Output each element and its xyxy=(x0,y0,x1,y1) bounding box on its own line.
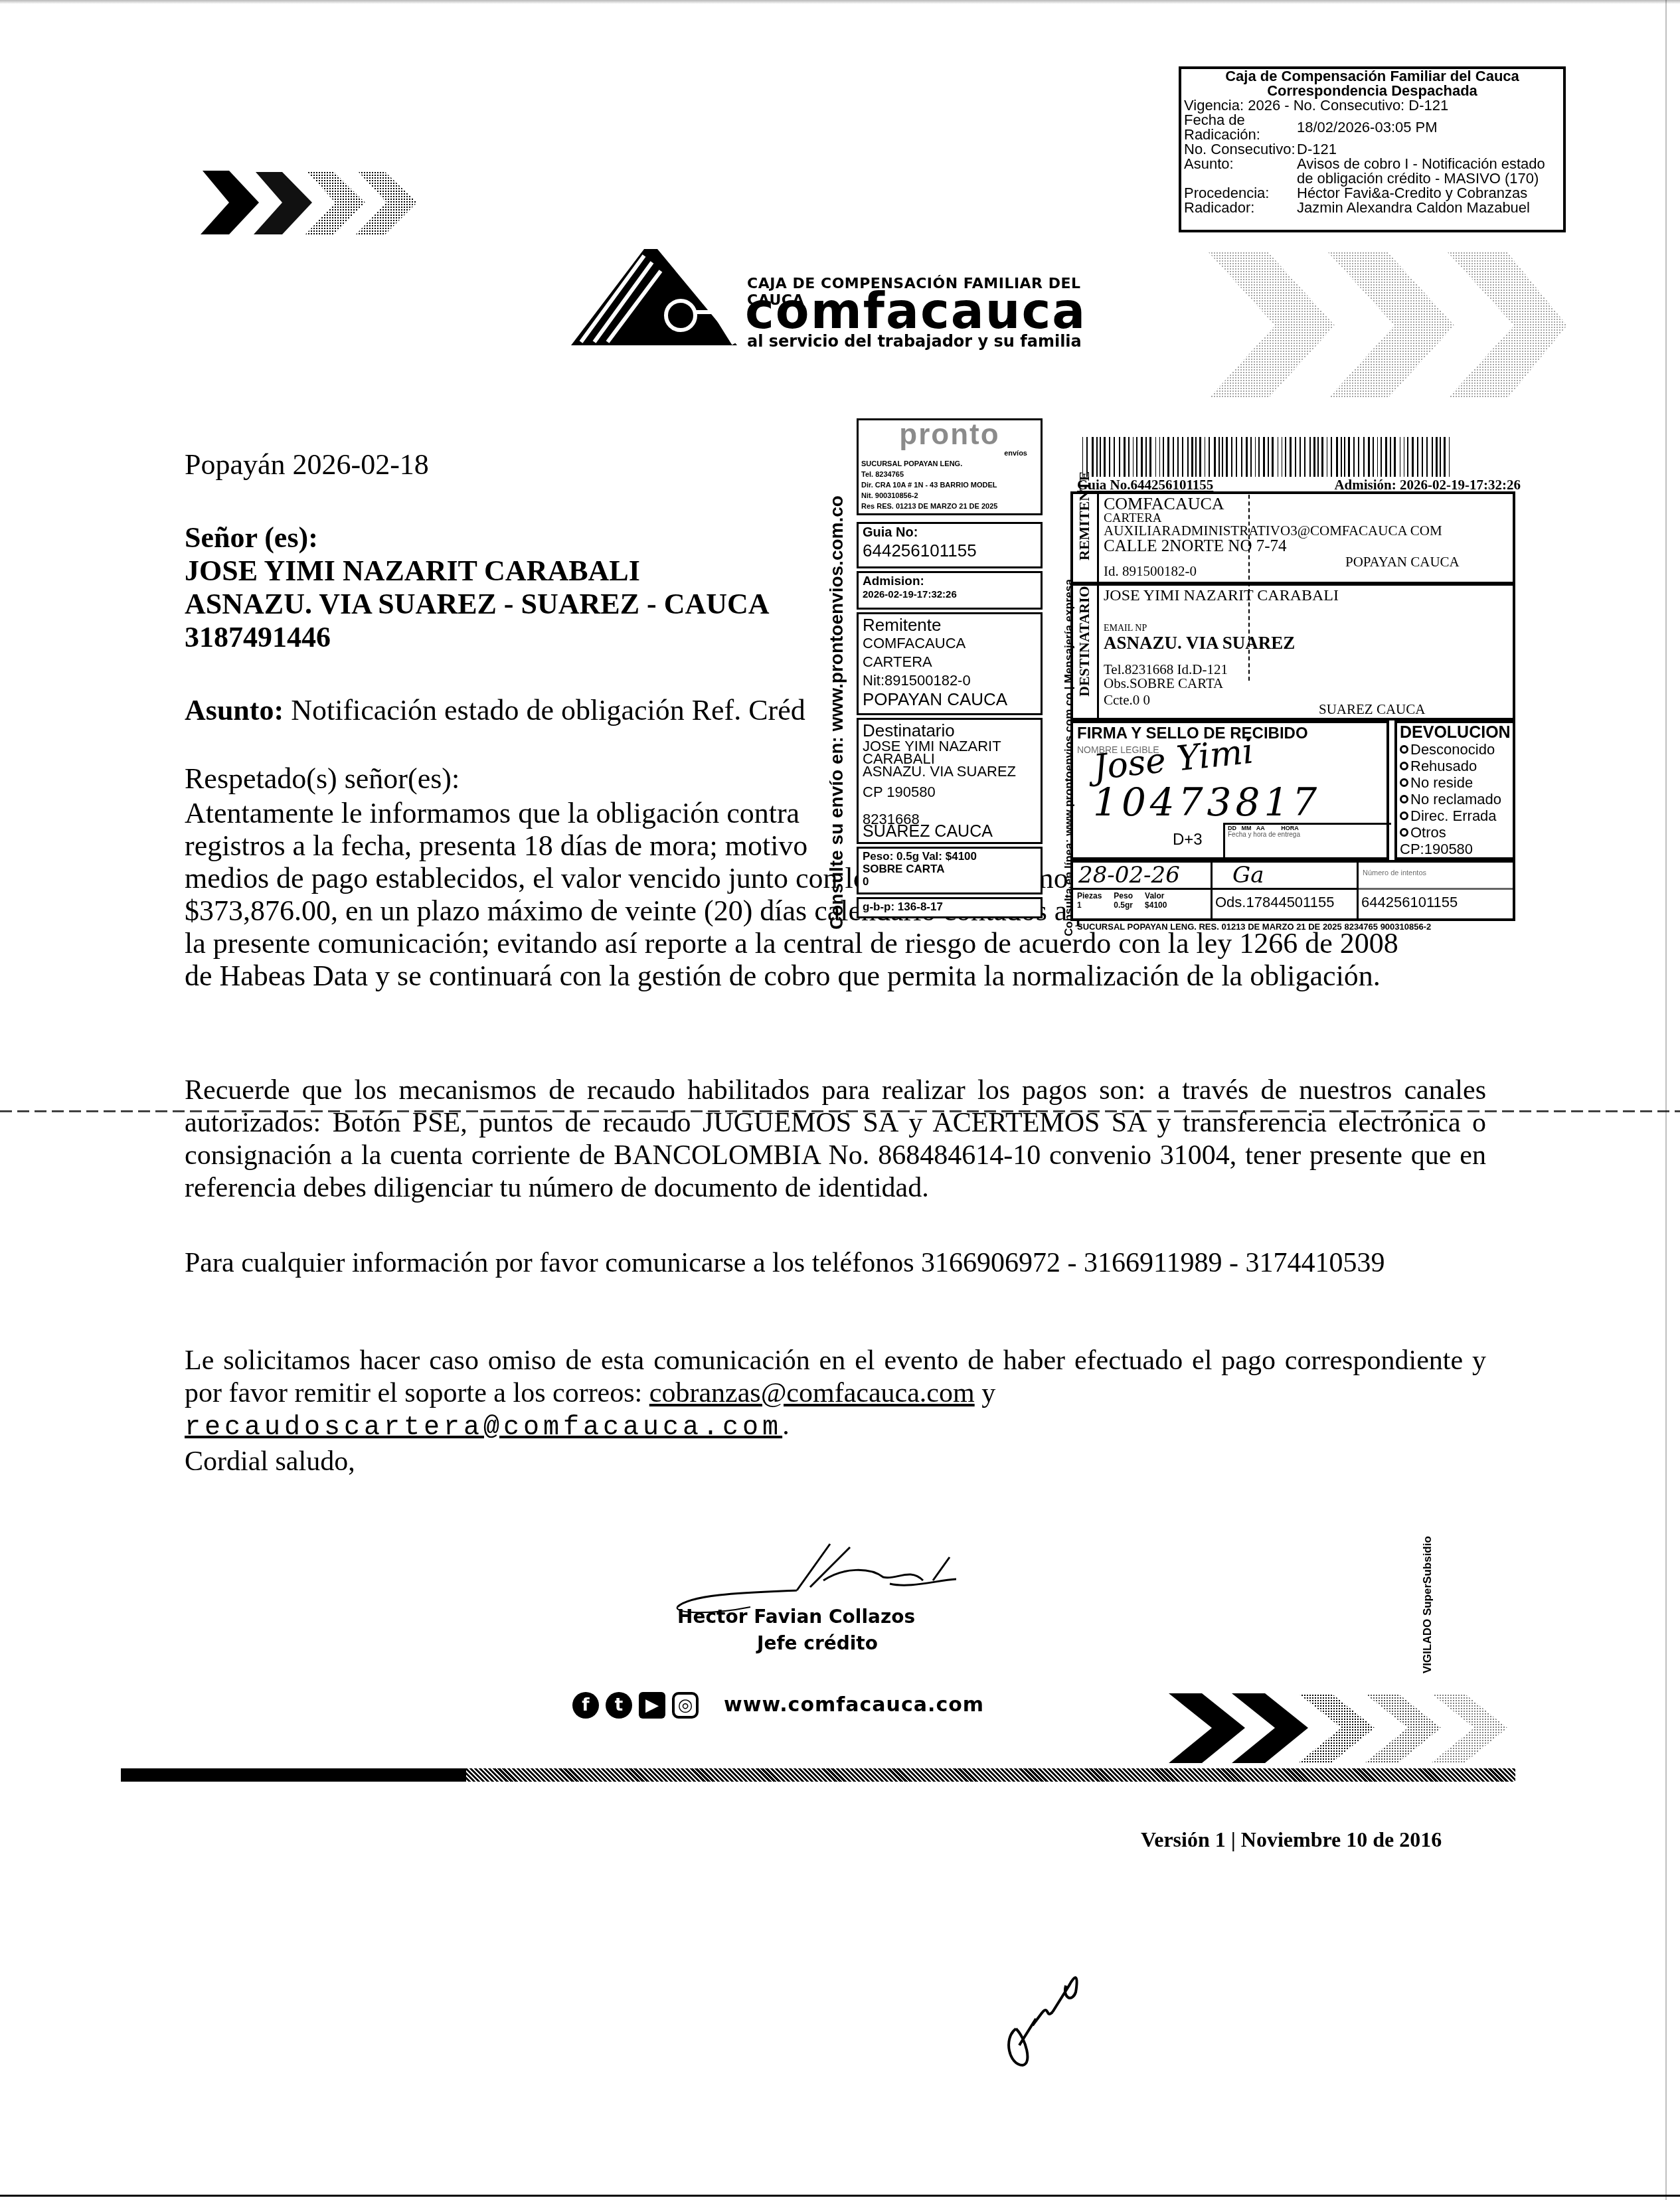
guide-bottom-grid: 28-02-26 Piezas1 Peso0.5gr Valor$4100 Ga… xyxy=(1070,860,1515,921)
stamp-title: Caja de Compensación Familiar del Cauca xyxy=(1181,69,1563,84)
return-option-direc-errada[interactable]: Direc. Errada xyxy=(1400,807,1510,824)
instagram-icon[interactable]: ◎ xyxy=(672,1692,699,1719)
paragraph-ignore-notice: Le solicitamos hacer caso omiso de esta … xyxy=(185,1345,1486,1444)
scan-top-edge xyxy=(0,0,1680,4)
signer-name: Hector Favian Collazos xyxy=(677,1606,915,1628)
radio-icon xyxy=(1400,795,1408,804)
logo-triangle-icon xyxy=(571,246,744,349)
recipient-phone: 3187491446 xyxy=(185,621,770,654)
stamp-subtitle: Correspondencia Despachada xyxy=(1181,84,1563,98)
guide-vertical-consulte: Consulte su envío en: www.prontoenvios.c… xyxy=(805,598,831,930)
chevrons-logo-icon xyxy=(199,169,425,236)
twitter-icon[interactable]: t xyxy=(606,1692,632,1719)
vigilado-supersubsidio: VIGILADO SuperSubsidio xyxy=(1401,1527,1428,1687)
youtube-icon[interactable]: ▶ xyxy=(639,1692,665,1719)
social-icons: f t ▶ ◎ xyxy=(572,1692,699,1719)
radio-icon xyxy=(1400,828,1408,837)
footer-band-solid xyxy=(121,1768,466,1782)
guide-destinatario: Destinatario JOSE YIMI NAZARIT CARABALI … xyxy=(857,718,1043,844)
subject-line: Asunto: Notificación estado de obligació… xyxy=(185,694,805,726)
handwritten-initials-bottom xyxy=(996,1966,1089,2072)
guide-package-info: Peso: 0.5g Val: $4100 SOBRE CARTA 0 xyxy=(857,847,1043,894)
radio-icon xyxy=(1400,778,1408,787)
handwritten-initials: Ga xyxy=(1213,863,1357,890)
guide-footer: SUCURSAL POPAYAN LENG. RES. 01213 DE MAR… xyxy=(1077,922,1431,932)
email-recaudos-link[interactable]: recaudoscartera@comfacauca.com xyxy=(185,1413,782,1443)
logo-tagline: al servicio del trabajador y su familia xyxy=(747,332,1082,351)
scan-bottom-edge xyxy=(0,2195,1680,2197)
barcode-icon xyxy=(1082,437,1454,477)
guide-right-destinatario: DESTINATARIO JOSE YIMI NAZARIT CARABALI … xyxy=(1070,583,1515,720)
greeting-to: Señor (es): xyxy=(185,521,770,554)
return-option-no-reclamado[interactable]: No reclamado xyxy=(1400,791,1510,807)
radicado-stamp: Caja de Compensación Familiar del Cauca … xyxy=(1179,66,1566,232)
return-reason-box: DEVOLUCION Desconocido Rehusado No resid… xyxy=(1394,720,1515,860)
stamp-vigencia: Vigencia: 2026 - No. Consecutivo: D-121 xyxy=(1181,98,1563,113)
facebook-icon[interactable]: f xyxy=(572,1692,599,1719)
return-option-rehusado[interactable]: Rehusado xyxy=(1400,758,1510,774)
return-option-no-reside[interactable]: No reside xyxy=(1400,774,1510,791)
paragraph-payment-channels: Recuerde que los mecanismos de recaudo h… xyxy=(185,1074,1486,1205)
radio-icon xyxy=(1400,762,1408,770)
stamp-asunto: Asunto:Avisos de cobro I - Notificación … xyxy=(1181,157,1563,186)
stamp-procedencia: Procedencia:Héctor Favi&a-Credito y Cobr… xyxy=(1181,186,1563,201)
return-option-desconocido[interactable]: Desconocido xyxy=(1400,741,1510,758)
stamp-consecutivo: No. Consecutivo:D-121 xyxy=(1181,142,1563,157)
footer-chevrons-icon xyxy=(1155,1687,1514,1770)
scan-right-edge xyxy=(1665,0,1667,2200)
guide-remitente: Remitente COMFACAUCA CARTERA Nit:8915001… xyxy=(857,612,1043,715)
logo-brand-name: comfacauca xyxy=(745,287,1086,336)
courier-brand: pronto xyxy=(859,420,1041,450)
courier-guide-header: pronto envíos SUCURSAL POPAYAN LENG. Tel… xyxy=(857,418,1043,515)
guide-vertical-mensajeria: Consulta en línea: www.prontoenvios.com.… xyxy=(1044,518,1070,936)
recipient-block: Señor (es): JOSE YIMI NAZARIT CARABALI A… xyxy=(185,521,770,654)
salutation: Respetado(s) señor(es): xyxy=(185,762,460,795)
website-link[interactable]: www.comfacauca.com xyxy=(724,1693,984,1717)
handwritten-recipient-id: 10473817 xyxy=(1093,780,1321,825)
paragraph-contact-phones: Para cualquier información por favor com… xyxy=(185,1247,1486,1280)
recipient-address: ASNAZU. VIA SUAREZ - SUAREZ - CAUCA xyxy=(185,588,770,621)
handwritten-delivery-date: 28-02-26 xyxy=(1073,863,1211,890)
guide-number-box: Guia No: 644256101155 Admision: 2026-02-… xyxy=(857,519,1043,918)
recipient-name: JOSE YIMI NAZARIT CARABALI xyxy=(185,554,770,588)
email-cobranzas-link[interactable]: cobranzas@comfacauca.com xyxy=(649,1378,975,1408)
letter-date: Popayán 2026-02-18 xyxy=(185,448,429,481)
signature-receipt-box: FIRMA Y SELLO DE RECIBIDO NOMBRE LEGIBLE… xyxy=(1070,720,1389,860)
closing: Cordial saludo, xyxy=(185,1446,355,1478)
stamp-radicador: Radicador:Jazmin Alexandra Caldon Mazabu… xyxy=(1181,201,1563,215)
return-option-otros[interactable]: Otros xyxy=(1400,824,1510,841)
comfacauca-logo: CAJA DE COMPENSACIÓN FAMILIAR DEL CAUCA … xyxy=(571,246,1116,352)
radio-icon xyxy=(1400,745,1408,754)
handwritten-signature xyxy=(671,1541,963,1614)
guide-dashed-divider xyxy=(1248,495,1250,681)
document-version: Versión 1 | Noviembre 10 de 2016 xyxy=(1141,1827,1442,1852)
signer-role: Jefe crédito xyxy=(757,1632,878,1654)
stamp-fecha: Fecha de Radicación:18/02/2026-03:05 PM xyxy=(1181,113,1563,142)
faded-chevrons-icon xyxy=(1195,239,1567,412)
guide-right-remitente: REMITENTE COMFACAUCA CARTERA AUXILIARADM… xyxy=(1070,491,1515,584)
radio-icon xyxy=(1400,811,1408,820)
